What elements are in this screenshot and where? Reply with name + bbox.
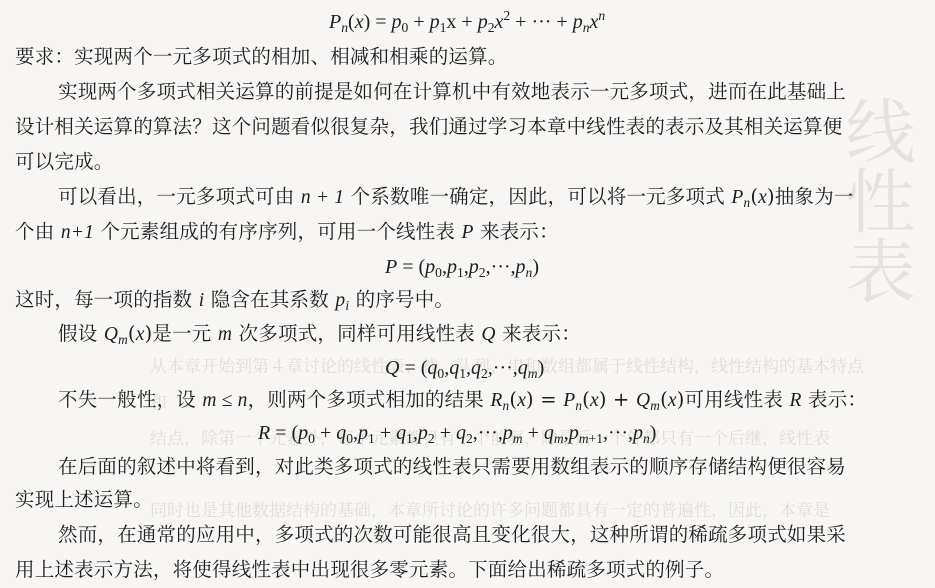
math-symbol: m [218,324,232,345]
text-span: 的序号中。 [356,288,455,311]
paragraph-text: 可以看出，一元多项式可由 n + 1 个系数唯一确定，因此，可以将一元多项式 P… [58,185,854,210]
paragraph-text: 实现两个多项式相关运算的前提是如何在计算机中有效地表示一元多项式，进而在此基础上 [58,80,846,104]
math-symbol: i [199,290,205,311]
paragraph-text: 实现上述运算。 [15,488,153,512]
math-symbol: n + 1 [301,187,344,208]
paragraph-text: 在后面的叙述中将看到，对此类多项式的线性表只需要用数组表示的顺序存储结构便很容易 [58,455,846,479]
text-span: 抽象为一 [775,185,854,208]
formula-p-list: P = (p0,p1,p2,···,pn) [385,255,539,279]
text-span: 表示： [808,388,867,411]
paragraph-text: 假设 Qm(x)是一元 m 次多项式，同样可用线性表 Q 来表示： [58,322,581,347]
formula-pn: Pn(x) = p0 + p1x + p2x2 + ··· + pnxn [329,10,605,34]
math-symbol: pi [335,290,349,311]
math-symbol: n+1 [61,222,94,243]
paragraph-text: 可以完成。 [15,150,114,174]
bleed-through-text: 同时也是其他数据结构的基础，本章所讨论的许多问题都具有一定的普遍性，因此，本章是 [150,496,830,521]
text-span: 次多项式，同样可用线性表 [239,322,475,345]
requirement-text: 要求：实现两个一元多项式的相加、相减和相乘的运算。 [15,45,508,69]
text-span: 这时，每一项的指数 [15,288,192,311]
formula-q-list: Q = (q0,q1,q2,···,qm) [385,356,544,380]
math-symbol: P [462,222,474,243]
text-span: 个系数唯一确定，因此，可以将一元多项式 [351,185,725,208]
paragraph-text: 用上述表示方法，将使得线性表中出现很多零元素。下面给出稀疏多项式的例子。 [15,558,724,582]
text-span: 隐含在其系数 [211,288,329,311]
paragraph-text: 不失一般性，设 m ≤ n，则两个多项式相加的结果 Rn(x) = Pn(x) … [58,388,867,413]
math-symbol: Q [481,324,495,345]
paragraph-text: 设计相关运算的算法？这个问题看似很复杂，我们通过学习本章中线性表的表示及其相关运… [15,115,842,139]
math-symbol: R [789,390,801,411]
math-symbol: Pn [731,187,750,208]
text-span: 可用线性表 [685,388,784,411]
text-span: 可以看出，一元多项式可由 [58,185,294,208]
text-span: 来表示： [502,322,581,345]
text-span: 个由 [15,220,54,243]
text-span: 来表示： [480,220,559,243]
text-span: 是一元 [152,322,211,345]
math-symbol: Qm [104,324,128,345]
paragraph-text: 这时，每一项的指数 i 隐含在其系数 pi 的序号中。 [15,288,454,313]
text-span: 不失一般性，设 [58,388,196,411]
paragraph-text: 然而，在通常的应用中，多项式的次数可能很高且变化很大，这种所谓的稀疏多项式如果采 [58,523,846,547]
text-span: 个元素组成的有序序列，可用一个线性表 [100,220,455,243]
paragraph-text: 个由 n+1 个元素组成的有序序列，可用一个线性表 P 来表示： [15,220,559,245]
formula-r-list: R = (p0 + q0,p1 + q1,p2 + q2,···,pm + qm… [258,421,656,445]
text-span: ，则两个多项式相加的结果 [248,388,484,411]
text-span: 假设 [58,322,97,345]
textbook-page: 线性表 从本章开始到第４章讨论的线性表、栈、队列、串和数组都属于线性结构，线性结… [0,0,935,588]
math-symbol: m ≤ n [202,390,247,411]
